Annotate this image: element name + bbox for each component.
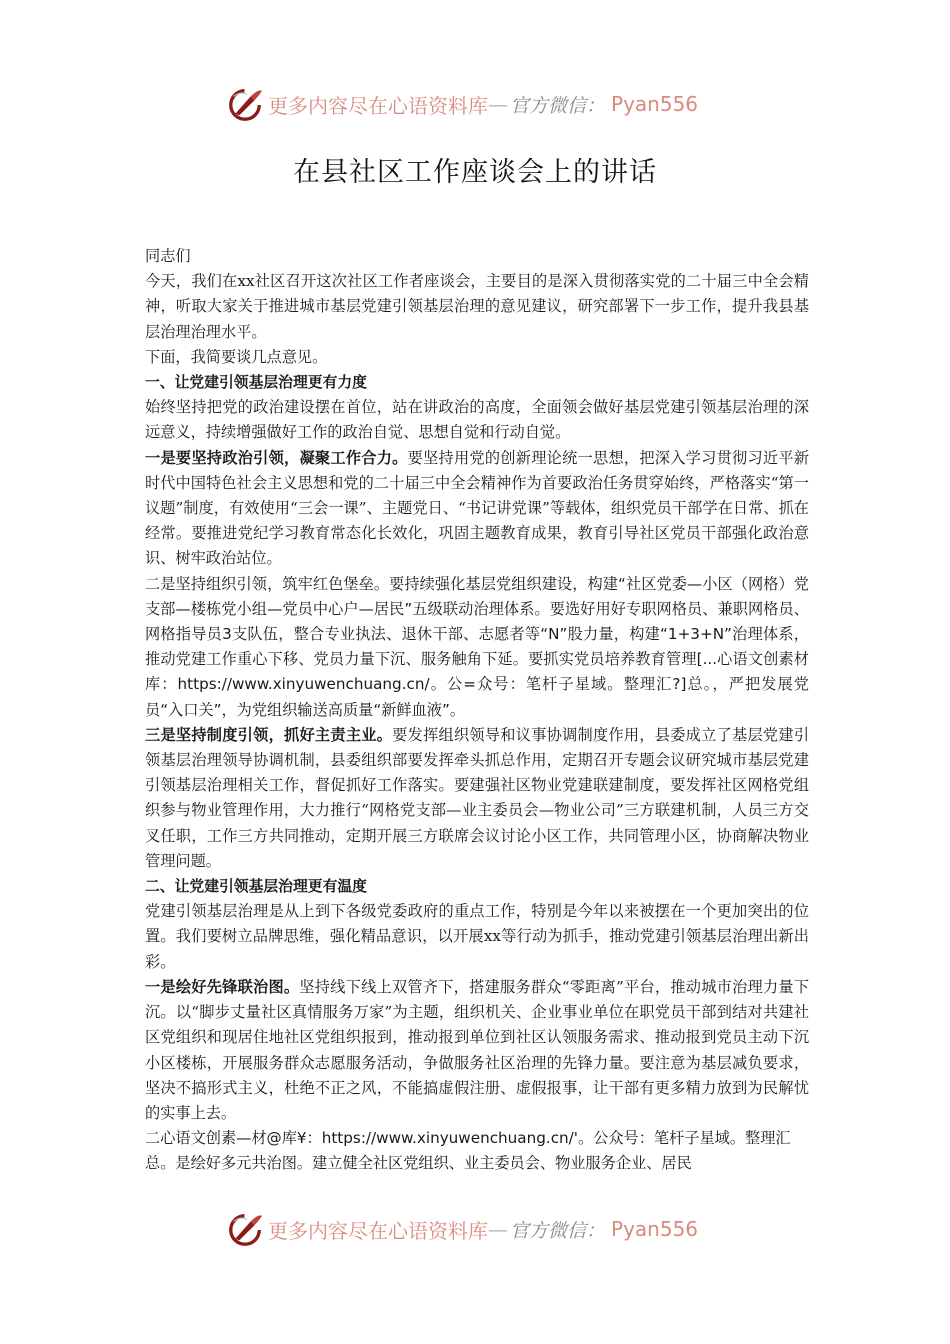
quill-pen-logo-icon — [226, 1210, 264, 1248]
wechat-label: 官方微信： — [510, 91, 605, 118]
banner-dash: — — [488, 92, 508, 116]
site-name-text: 更多内容尽在心语资料库 — [268, 1215, 488, 1244]
point-text: 要发挥组织领导和议事协调制度作用，县委成立了基层党建引领基层治理领导协调机制，县… — [145, 726, 809, 870]
wechat-id: Pyan556 — [611, 92, 698, 116]
section-summary-2: 党建引领基层治理是从上到下各级党委政府的重点工作，特别是今年以来被摆在一个更加突… — [145, 899, 809, 975]
point-paragraph: 三是坚持制度引领，抓好主责主业。要发挥组织领导和议事协调制度作用，县委成立了基层… — [145, 723, 809, 874]
point-lead: 二是坚持组织引领，筑牢红色堡垒。 — [145, 575, 389, 593]
point-paragraph: 一是要坚持政治引领，凝聚工作合力。要坚持用党的创新理论统一思想，把深入学习贯彻习… — [145, 446, 809, 572]
document-body: 同志们 今天，我们在xx社区召开这次社区工作者座谈会，主要目的是深入贯彻落实党的… — [145, 244, 809, 1177]
point-text: 二心语文创素—材@库¥：https://www.xinyuwenchuang.c… — [145, 1129, 791, 1172]
point-paragraph: 二心语文创素—材@库¥：https://www.xinyuwenchuang.c… — [145, 1126, 809, 1176]
point-lead: 一是绘好先锋联治图。 — [145, 978, 299, 996]
section-summary-1: 始终坚持把党的政治建设摆在首位，站在讲政治的高度，全面领会做好基层党建引领基层治… — [145, 395, 809, 445]
header-watermark-banner: 更多内容尽在心语资料库 — 官方微信： Pyan556 — [226, 82, 726, 126]
section-heading-2: 二、让党建引领基层治理更有温度 — [145, 874, 809, 899]
wechat-id: Pyan556 — [611, 1217, 698, 1241]
site-name-text: 更多内容尽在心语资料库 — [268, 90, 488, 119]
point-lead: 三是坚持制度引领，抓好主责主业。 — [145, 726, 392, 744]
intro-paragraph: 今天，我们在xx社区召开这次社区工作者座谈会，主要目的是深入贯彻落实党的二十届三… — [145, 269, 809, 345]
greeting: 同志们 — [145, 244, 809, 269]
lead-paragraph: 下面，我简要谈几点意见。 — [145, 345, 809, 370]
wechat-label: 官方微信： — [510, 1216, 605, 1243]
point-text: 坚持线下线上双管齐下，搭建服务群众“零距离”平台，推动城市治理力量下沉。以“脚步… — [145, 978, 809, 1122]
point-paragraph: 一是绘好先锋联治图。坚持线下线上双管齐下，搭建服务群众“零距离”平台，推动城市治… — [145, 975, 809, 1126]
point-lead: 一是要坚持政治引领，凝聚工作合力。 — [145, 449, 408, 467]
section-heading-1: 一、让党建引领基层治理更有力度 — [145, 370, 809, 395]
banner-dash: — — [488, 1217, 508, 1241]
quill-pen-logo-icon — [226, 85, 264, 123]
point-text: 要持续强化基层党组织建设，构建“社区党委—小区（网格）党支部—楼栋党小组—党员中… — [145, 575, 809, 719]
point-paragraph: 二是坚持组织引领，筑牢红色堡垒。要持续强化基层党组织建设，构建“社区党委—小区（… — [145, 572, 809, 723]
document-title: 在县社区工作座谈会上的讲话 — [0, 150, 950, 189]
footer-watermark-banner: 更多内容尽在心语资料库 — 官方微信： Pyan556 — [226, 1207, 726, 1251]
